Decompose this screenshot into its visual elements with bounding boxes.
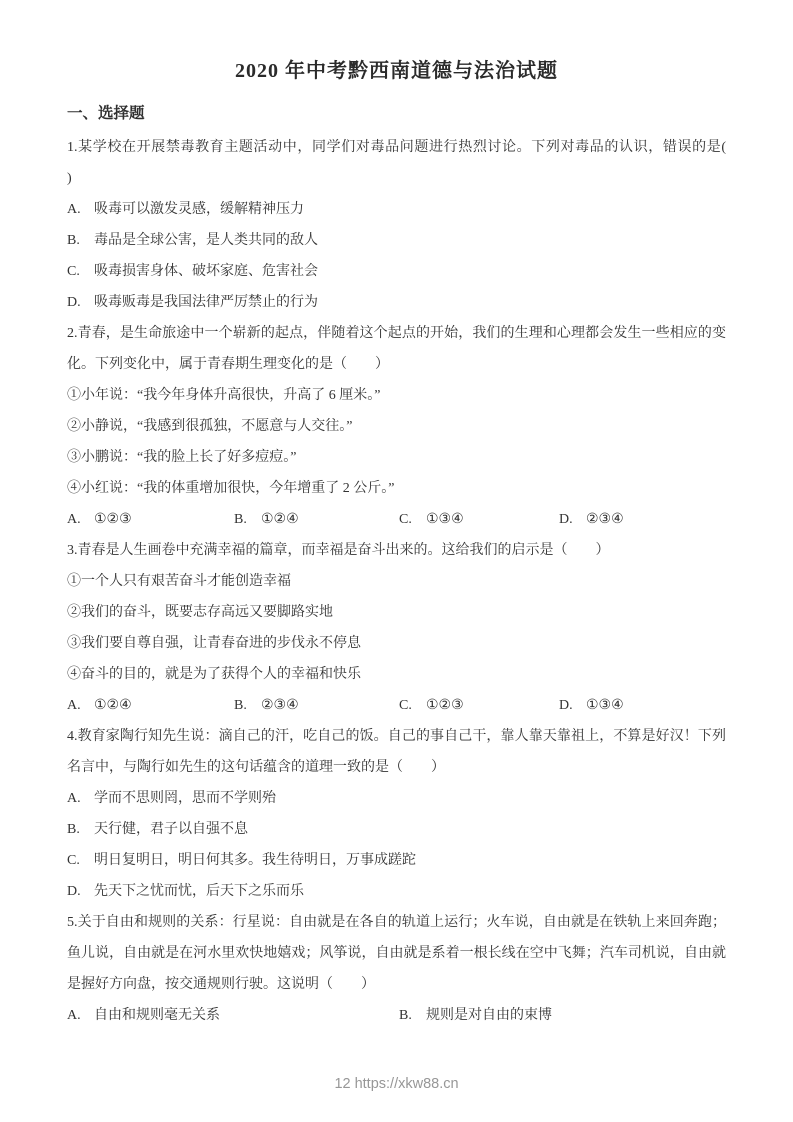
choice-a: A. ①②③ xyxy=(67,504,234,535)
question-3-statement-2: ②我们的奋斗，既要志存高远又要脚路实地 xyxy=(67,597,726,628)
choice-text: ②③④ xyxy=(261,690,299,721)
question-2-statement-1: ①小年说：“我今年身体升高很快，升高了 6 厘米。” xyxy=(67,380,726,411)
choice-label: C. xyxy=(399,504,426,535)
question-1-option-a: A. 吸毒可以激发灵感，缓解精神压力 xyxy=(67,194,726,225)
choice-text: ①②④ xyxy=(261,504,299,535)
question-3-choice-row: A. ①②④ B. ②③④ C. ①②③ D. ①③④ xyxy=(67,690,726,721)
question-4-option-c: C. 明日复明日，明日何其多。我生待明日，万事成蹉跎 xyxy=(67,845,726,876)
question-1-option-c: C. 吸毒损害身体、破坏家庭、危害社会 xyxy=(67,256,726,287)
choice-label: B. xyxy=(234,690,261,721)
question-4-option-d: D. 先天下之忧而忧，后天下之乐而乐 xyxy=(67,876,726,907)
question-2-statement-2: ②小静说，“我感到很孤独，不愿意与人交往。” xyxy=(67,411,726,442)
exam-page: 2020 年中考黔西南道德与法治试题 一、选择题 1.某学校在开展禁毒教育主题活… xyxy=(0,0,793,1122)
exam-title: 2020 年中考黔西南道德与法治试题 xyxy=(67,58,726,84)
question-3-stem: 3.青春是人生画卷中充满幸福的篇章，而幸福是奋斗出来的。这给我们的启示是（ ） xyxy=(67,535,726,566)
choice-d: D. ①③④ xyxy=(559,690,726,721)
option-text: 明日复明日，明日何其多。我生待明日，万事成蹉跎 xyxy=(94,845,726,876)
choice-c: C. ①③④ xyxy=(399,504,559,535)
choice-a: A. ①②④ xyxy=(67,690,234,721)
page-footer: 12 https://xkw88.cn xyxy=(0,1076,793,1092)
option-label: D. xyxy=(67,876,94,907)
question-1-option-b: B. 毒品是全球公害，是人类共同的敌人 xyxy=(67,225,726,256)
question-1-option-d: D. 吸毒贩毒是我国法律严厉禁止的行为 xyxy=(67,287,726,318)
choice-label: A. xyxy=(67,690,94,721)
question-4-option-b: B. 天行健，君子以自强不息 xyxy=(67,814,726,845)
choice-text: 规则是对自由的束博 xyxy=(426,1000,552,1031)
choice-d: D. ②③④ xyxy=(559,504,726,535)
choice-label: D. xyxy=(559,690,586,721)
choice-b: B. ②③④ xyxy=(234,690,399,721)
question-2-statement-3: ③小鹏说：“我的脸上长了好多痘痘。” xyxy=(67,442,726,473)
choice-label: A. xyxy=(67,1000,94,1031)
question-2-stem: 2.青春，是生命旅途中一个崭新的起点，伴随着这个起点的开始，我们的生理和心理都会… xyxy=(67,318,726,380)
page-content: 2020 年中考黔西南道德与法治试题 一、选择题 1.某学校在开展禁毒教育主题活… xyxy=(0,58,793,1031)
question-3-statement-3: ③我们要自尊自强，让青春奋进的步伐永不停息 xyxy=(67,628,726,659)
choice-c: C. ①②③ xyxy=(399,690,559,721)
option-text: 吸毒可以激发灵感，缓解精神压力 xyxy=(94,194,726,225)
option-label: C. xyxy=(67,845,94,876)
choice-b: B. ①②④ xyxy=(234,504,399,535)
choice-text: ①②③ xyxy=(94,504,132,535)
option-label: B. xyxy=(67,225,94,256)
choice-text: ①③④ xyxy=(426,504,464,535)
option-label: C. xyxy=(67,256,94,287)
option-label: A. xyxy=(67,194,94,225)
option-text: 吸毒损害身体、破坏家庭、危害社会 xyxy=(94,256,726,287)
option-text: 先天下之忧而忧，后天下之乐而乐 xyxy=(94,876,726,907)
choice-label: A. xyxy=(67,504,94,535)
choice-text: ①②④ xyxy=(94,690,132,721)
question-4-option-a: A. 学而不思则罔，思而不学则殆 xyxy=(67,783,726,814)
choice-b: B. 规则是对自由的束博 xyxy=(399,1000,726,1031)
option-label: A. xyxy=(67,783,94,814)
choice-label: C. xyxy=(399,690,426,721)
question-2-statement-4: ④小红说：“我的体重增加很快，今年增重了 2 公斤。” xyxy=(67,473,726,504)
question-3-statement-4: ④奋斗的目的，就是为了获得个人的幸福和快乐 xyxy=(67,659,726,690)
option-text: 学而不思则罔，思而不学则殆 xyxy=(94,783,726,814)
question-5-stem: 5.关于自由和规则的关系：行星说：自由就是在各自的轨道上运行；火车说，自由就是在… xyxy=(67,907,726,1000)
question-list: 1.某学校在开展禁毒教育主题活动中，同学们对毒品问题进行热烈讨论。下列对毒品的认… xyxy=(67,132,726,1031)
footer-page-number-url: 12 https://xkw88.cn xyxy=(334,1076,458,1092)
choice-text: 自由和规则毫无关系 xyxy=(94,1000,220,1031)
question-1-stem: 1.某学校在开展禁毒教育主题活动中，同学们对毒品问题进行热烈讨论。下列对毒品的认… xyxy=(67,132,726,194)
option-text: 天行健，君子以自强不息 xyxy=(94,814,726,845)
option-text: 吸毒贩毒是我国法律严厉禁止的行为 xyxy=(94,287,726,318)
choice-text: ①③④ xyxy=(586,690,624,721)
choice-label: D. xyxy=(559,504,586,535)
question-3-statement-1: ①一个人只有艰苦奋斗才能创造幸福 xyxy=(67,566,726,597)
section-heading: 一、选择题 xyxy=(67,102,726,125)
choice-label: B. xyxy=(234,504,261,535)
option-text: 毒品是全球公害，是人类共同的敌人 xyxy=(94,225,726,256)
choice-label: B. xyxy=(399,1000,426,1031)
question-5-choice-row: A. 自由和规则毫无关系 B. 规则是对自由的束博 xyxy=(67,1000,726,1031)
choice-text: ①②③ xyxy=(426,690,464,721)
choice-a: A. 自由和规则毫无关系 xyxy=(67,1000,399,1031)
question-4-stem: 4.教育家陶行知先生说：滴自己的汗，吃自己的饭。自己的事自己干，靠人靠天靠祖上，… xyxy=(67,721,726,783)
option-label: D. xyxy=(67,287,94,318)
question-2-choice-row: A. ①②③ B. ①②④ C. ①③④ D. ②③④ xyxy=(67,504,726,535)
choice-text: ②③④ xyxy=(586,504,624,535)
option-label: B. xyxy=(67,814,94,845)
